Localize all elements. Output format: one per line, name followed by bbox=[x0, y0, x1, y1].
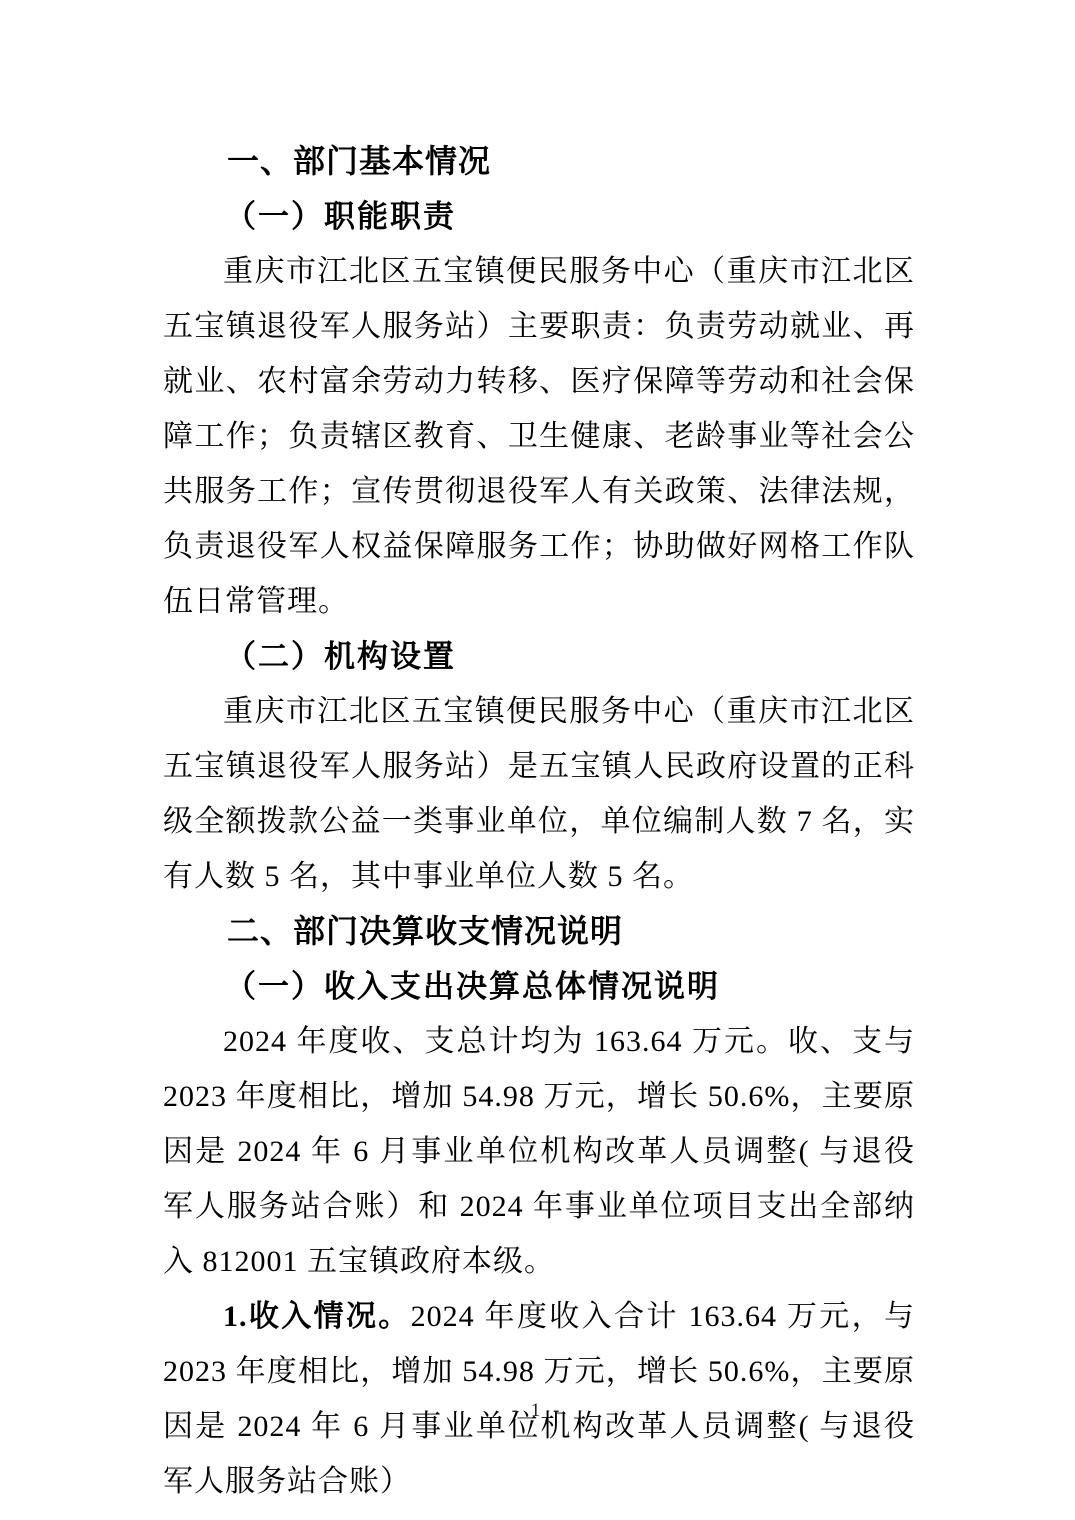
document-body: 一、部门基本情况（一）职能职责重庆市江北区五宝镇便民服务中心（重庆市江北区五宝镇… bbox=[163, 134, 915, 1509]
paragraph-functions: 重庆市江北区五宝镇便民服务中心（重庆市江北区五宝镇退役军人服务站）主要职责：负责… bbox=[163, 244, 915, 629]
document-page: 一、部门基本情况（一）职能职责重庆市江北区五宝镇便民服务中心（重庆市江北区五宝镇… bbox=[0, 0, 1075, 1520]
subsection-heading-organization: （二）机构设置 bbox=[163, 629, 915, 684]
section-heading-1: 一、部门基本情况 bbox=[163, 134, 915, 189]
paragraph-income: 1.收入情况。2024 年度收入合计 163.64 万元，与 2023 年度相比… bbox=[163, 1289, 915, 1509]
paragraph-organization: 重庆市江北区五宝镇便民服务中心（重庆市江北区五宝镇退役军人服务站）是五宝镇人民政… bbox=[163, 684, 915, 904]
subsection-heading-overall: （一）收入支出决算总体情况说明 bbox=[163, 959, 915, 1014]
paragraph-overall-totals: 2024 年度收、支总计均为 163.64 万元。收、支与 2023 年度相比，… bbox=[163, 1014, 915, 1289]
subsection-heading-functions: （一）职能职责 bbox=[163, 189, 915, 244]
paragraph-income-lead: 1.收入情况。 bbox=[223, 1300, 411, 1333]
section-heading-2: 二、部门决算收支情况说明 bbox=[163, 904, 915, 959]
page-number: - 1 - bbox=[0, 1400, 1075, 1422]
